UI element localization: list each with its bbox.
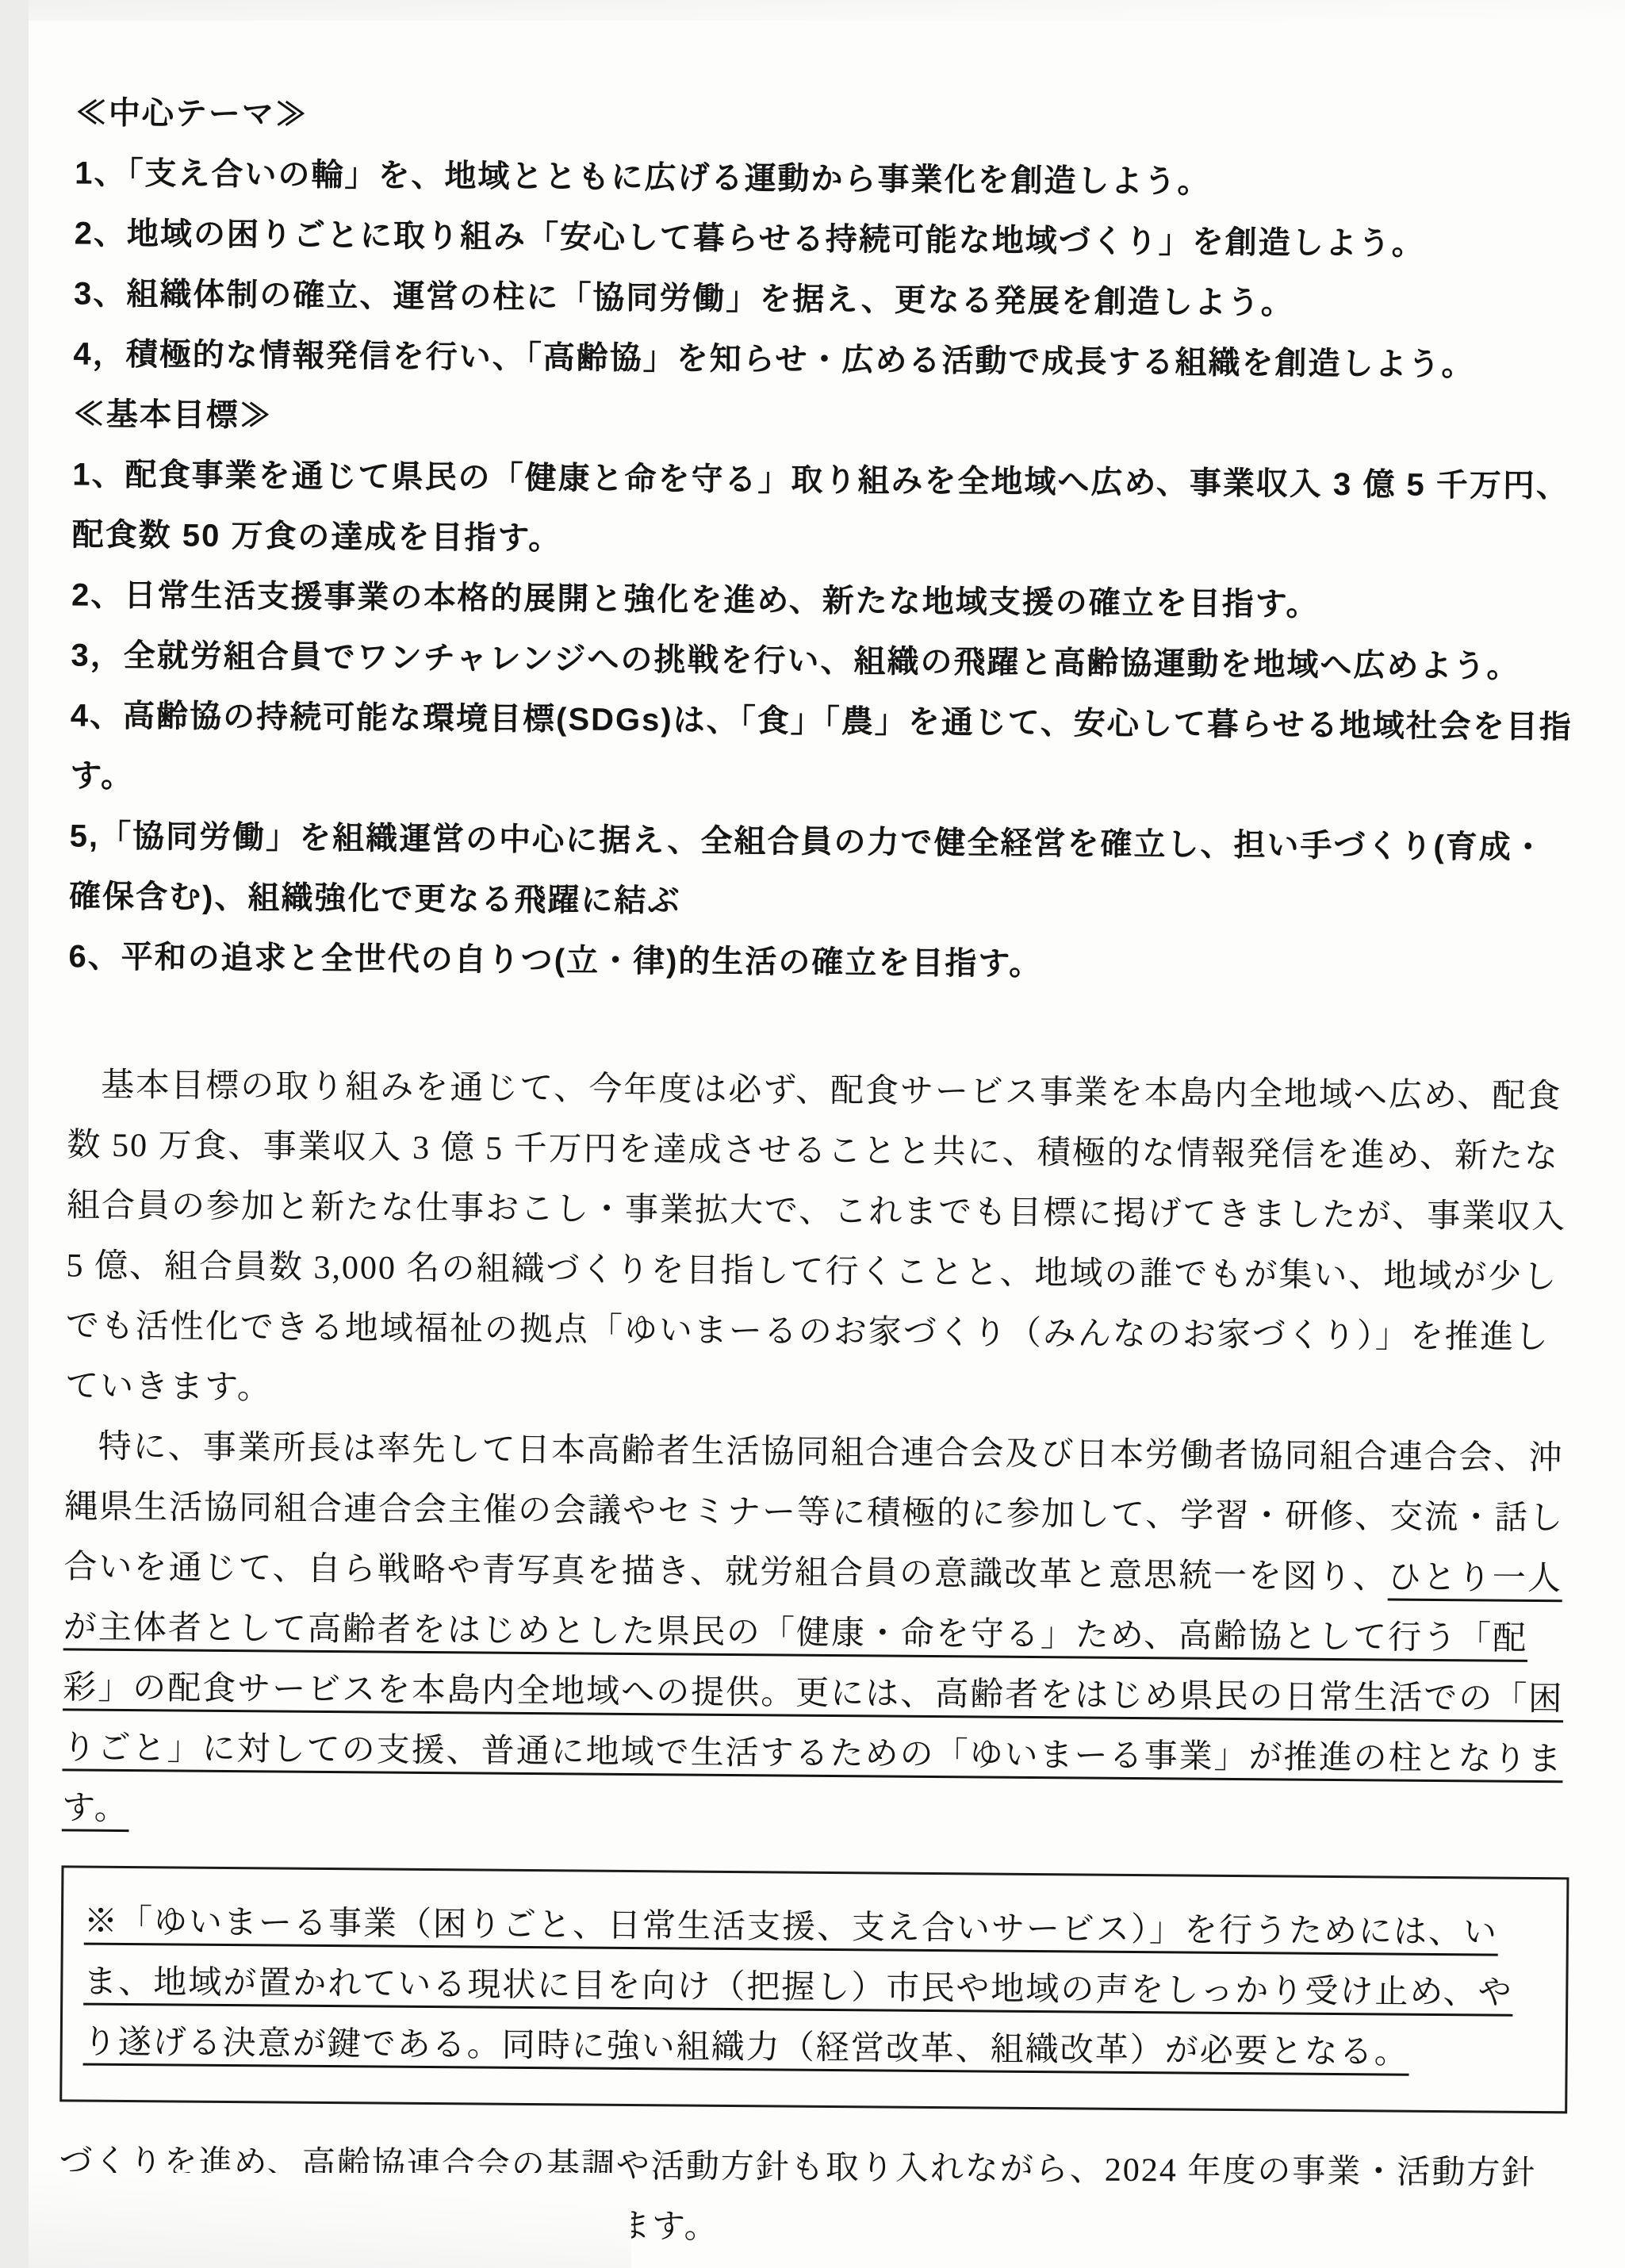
boxed-note: ※「ゆいまーる事業（困りごと、日常生活支援、支え合いサービス）」を行うためには、…: [59, 1865, 1569, 2113]
center-theme-item-4: 4，積極的な情報発信を行い、「高齢協」を知らせ・広める活動で成長する組織を創造し…: [73, 324, 1581, 396]
basic-goal-item-1: 1、配食事業を通じて県民の「健康と命を守る」取り組みを全地域へ広め、事業収入 3…: [71, 444, 1580, 577]
document-content: ≪中心テーマ≫ 1、「支え合いの輪」を、地域とともに広げる運動から事業化を創造し…: [11, 0, 1625, 2265]
document-page: ≪中心テーマ≫ 1、「支え合いの輪」を、地域とともに広げる運動から事業化を創造し…: [29, 0, 1625, 2268]
body-paragraph-1: 基本目標の取り組みを通じて、今年度は必ず、配食サービス事業を本島内全地域へ広め、…: [65, 1055, 1576, 1428]
paragraph-2-underlined-text: ひとり一人が主体者として高齢者をはじめとした県民の「健康・命を守る」ため、高齢協…: [62, 1560, 1564, 1828]
body-paragraph-2: 特に、事業所長は率先して日本高齢者生活協同組合連合会及び日本労働者協同組合連合会…: [62, 1416, 1573, 1850]
basic-goal-item-6: 6、平和の追求と全世代の自りつ(立・律)的生活の確立を目指す。: [68, 926, 1577, 998]
basic-goal-item-5: 5,「協同労働」を組織運営の中心に据え、全組合員の力で健全経営を確立し、担い手づ…: [69, 806, 1577, 938]
paragraph-2-normal-text: 特に、事業所長は率先して日本高齢者生活協同組合連合会及び日本労働者協同組合連合会…: [63, 1429, 1564, 1596]
basic-goal-item-4: 4、高齢協の持続可能な環境目標(SDGs)は、「食」「農」を通じて、安心して暮ら…: [70, 685, 1578, 818]
scanned-document-page: { "center_theme": { "heading": "≪中心テーマ≫"…: [0, 0, 1625, 2268]
boxed-note-text: ※「ゆいまーる事業（困りごと、日常生活支援、支え合いサービス）」を行うためには、…: [82, 1892, 1546, 2084]
scan-bottom-edge: [29, 2173, 631, 2268]
